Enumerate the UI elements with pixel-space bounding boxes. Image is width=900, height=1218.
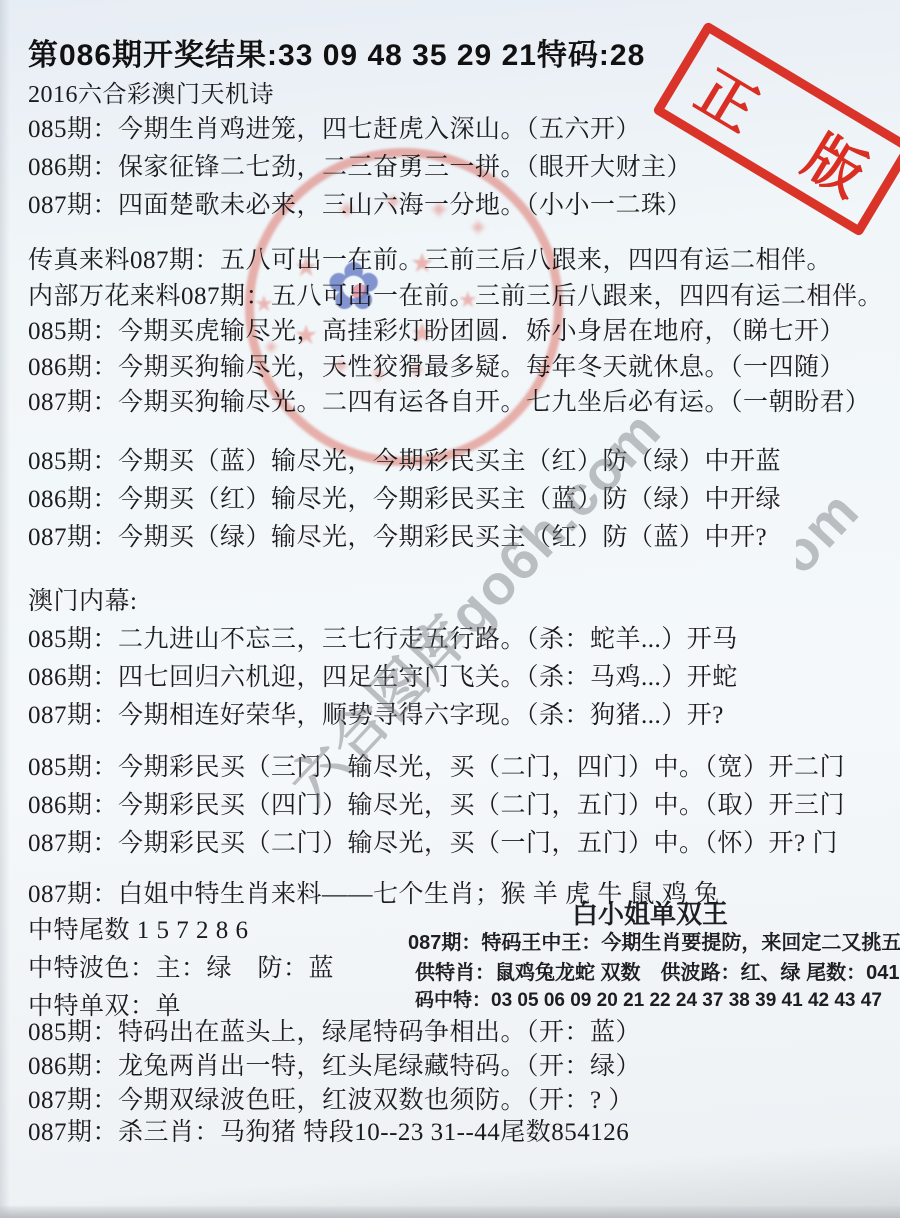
- macau-heading: 澳门内幕:: [28, 581, 137, 617]
- page-left-edge-shade: [0, 0, 10, 1218]
- poem-line: 087期：四面楚歌未必来，三山六海一分地。（小小一二珠）: [28, 185, 692, 221]
- page-bottom-edge-shade: [0, 1206, 900, 1218]
- page-title: 第086期开奖结果:33 09 48 35 29 21特码:28: [28, 30, 645, 74]
- fax-line: 087期：今期买狗输尽光。二四有运各自开。七九坐后必有运。（一朝盼君）: [28, 382, 871, 418]
- queen-line: 087期：特码王中王：今期生肖要提防，来回定二又挑五: [408, 926, 900, 955]
- color-tip-line: 086期：今期买（红）输尽光，今期彩民买主（蓝）防（绿）中开绿: [28, 479, 781, 515]
- watermark-text-fragment: 六合图库go6h.com: [796, 470, 875, 578]
- color-tip-line: 085期：今期买（蓝）输尽光，今期彩民买主（红）防（绿）中开蓝: [28, 441, 781, 477]
- macau-line: 087期：今期相连好荣华，顺势寻得六字现。（杀：狗猪...）开?: [28, 695, 724, 731]
- queen-line: 供特肖：鼠鸡兔龙蛇 双数 供波路：红、绿 尾数：0417: [415, 956, 900, 985]
- bottom-line: 087期：杀三肖：马狗猪 特段10--23 31--44尾数854126: [28, 1112, 629, 1148]
- authentic-stamp-text: 正 版: [661, 32, 900, 226]
- baijie-tail-numbers: 中特尾数 1 5 7 2 8 6: [28, 910, 249, 946]
- queen-line: 码中特：03 05 06 09 20 21 22 24 37 38 39 41 …: [415, 985, 882, 1012]
- bottom-line: 085期：特码出在蓝头上，绿尾特码争相出。（开：蓝）: [28, 1012, 641, 1048]
- macau-line: 086期：四七回归六机迎，四足生守门飞关。（杀：马鸡...）开蛇: [28, 657, 738, 693]
- bottom-line: 086期：龙兔两肖出一特，红头尾绿藏特码。（开：绿）: [28, 1046, 641, 1082]
- fax-line: 086期：今期买狗输尽光，天性狡猾最多疑。每年冬天就休息。（一四随）: [28, 347, 845, 383]
- poem-heading: 2016六合彩澳门天机诗: [28, 74, 274, 109]
- tip-sheet-page: { "page": { "title": "第086期开奖结果:33 09 48…: [0, 0, 900, 1218]
- bottom-line: 087期：今期双绿波色旺，红波双数也须防。（开：? ）: [28, 1080, 634, 1116]
- fax-line: 传真来料087期：五八可出一在前。三前三后八跟来，四四有运二相伴。: [28, 240, 832, 276]
- poem-line: 085期：今期生肖鸡进笼，四七赶虎入深山。（五六开）: [28, 109, 641, 145]
- macau-line: 085期：二九进山不忘三，三七行走五行路。（杀：蛇羊...）开马: [28, 619, 738, 655]
- door-line: 087期：今期彩民买（二门）输尽光，买（一门，五门）中。（怀）开? 门: [28, 823, 838, 859]
- poem-line: 086期：保家征锋二七劲，二三奋勇三一拼。（眼开大财主）: [28, 147, 692, 183]
- fax-line: 内部万花来料087期：五八可出一在前。三前三后八跟来，四四有运二相伴。: [28, 276, 883, 312]
- color-tip-line: 087期：今期买（绿）输尽光，今期彩民买主（红）防（蓝）中开?: [28, 517, 767, 553]
- watermark-fragment-clip: 六合图库go6h.com: [796, 412, 900, 578]
- fax-line: 085期：今期买虎输尽光，高挂彩灯盼团圆．娇小身居在地府，（睇七开）: [28, 311, 845, 347]
- door-line: 085期：今期彩民买（三门）输尽光，买（二门，四门）中。（宽）开二门: [28, 747, 845, 783]
- door-line: 086期：今期彩民买（四门）输尽光，买（二门，五门）中。（取）开三门: [28, 785, 845, 821]
- baijie-wave-color: 中特波色：主：绿 防：蓝: [28, 948, 334, 984]
